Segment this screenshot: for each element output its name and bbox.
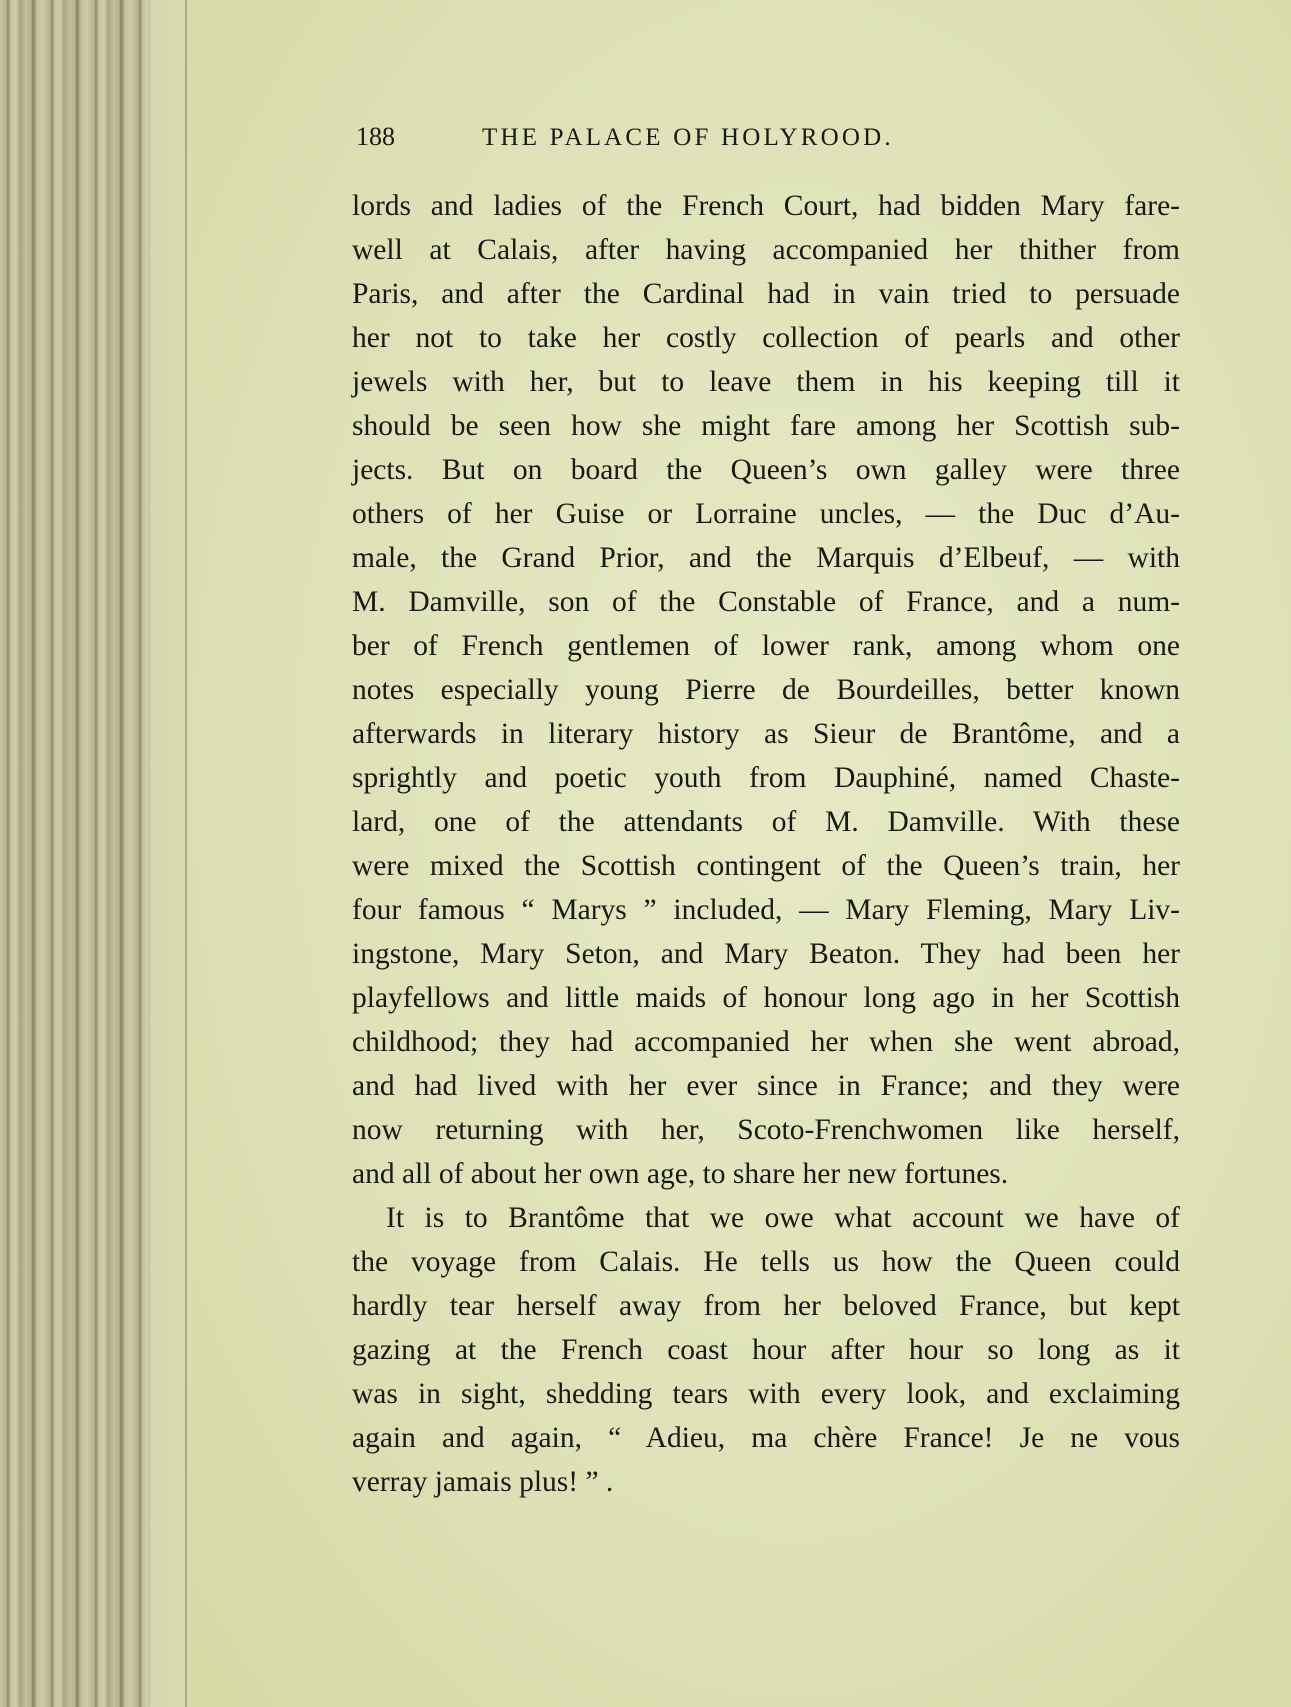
text-line: lords and ladies of the French Court, ha… [352, 184, 1180, 228]
text-line: sprightly and poetic youth from Dauphiné… [352, 756, 1180, 800]
text-line: and had lived with her ever since in Fra… [352, 1064, 1180, 1108]
paragraph-2: It is to Brantôme that we owe what accou… [352, 1196, 1180, 1504]
text-line: her not to take her costly collection of… [352, 316, 1180, 360]
text-line: lard, one of the attendants of M. Damvil… [352, 800, 1180, 844]
text-line: others of her Guise or Lorraine uncles, … [352, 492, 1180, 536]
page-number: 188 [356, 122, 482, 152]
text-line: and all of about her own age, to share h… [352, 1152, 1180, 1196]
text-line: hardly tear herself away from her belove… [352, 1284, 1180, 1328]
text-line: gazing at the French coast hour after ho… [352, 1328, 1180, 1372]
text-line: jewels with her, but to leave them in hi… [352, 360, 1180, 404]
text-line: well at Calais, after having accompanied… [352, 228, 1180, 272]
text-line: four famous “ Marys ” included, — Mary F… [352, 888, 1180, 932]
text-line: playfellows and little maids of honour l… [352, 976, 1180, 1020]
text-line: now returning with her, Scoto-Frenchwome… [352, 1108, 1180, 1152]
text-line: should be seen how she might fare among … [352, 404, 1180, 448]
text-line: ingstone, Mary Seton, and Mary Beaton. T… [352, 932, 1180, 976]
text-line: notes especially young Pierre de Bourdei… [352, 668, 1180, 712]
book-page-edges [0, 0, 187, 1707]
text-line: the voyage from Calais. He tells us how … [352, 1240, 1180, 1284]
running-head: 188THE PALACE OF HOLYROOD. [356, 122, 1056, 152]
text-line: again and again, “ Adieu, ma chère Franc… [352, 1416, 1180, 1460]
body-text: lords and ladies of the French Court, ha… [352, 184, 1180, 1504]
text-line: M. Damville, son of the Constable of Fra… [352, 580, 1180, 624]
running-title: THE PALACE OF HOLYROOD. [482, 124, 894, 152]
text-line: afterwards in literary history as Sieur … [352, 712, 1180, 756]
text-line: male, the Grand Prior, and the Marquis d… [352, 536, 1180, 580]
text-line: childhood; they had accompanied her when… [352, 1020, 1180, 1064]
text-line: Paris, and after the Cardinal had in vai… [352, 272, 1180, 316]
text-line: was in sight, shedding tears with every … [352, 1372, 1180, 1416]
paragraph-1: lords and ladies of the French Court, ha… [352, 184, 1180, 1196]
text-line: were mixed the Scottish contingent of th… [352, 844, 1180, 888]
text-line: jects. But on board the Queen’s own gall… [352, 448, 1180, 492]
text-line: ber of French gentlemen of lower rank, a… [352, 624, 1180, 668]
text-line: It is to Brantôme that we owe what accou… [352, 1196, 1180, 1240]
text-line: verray jamais plus! ” . [352, 1460, 1180, 1504]
